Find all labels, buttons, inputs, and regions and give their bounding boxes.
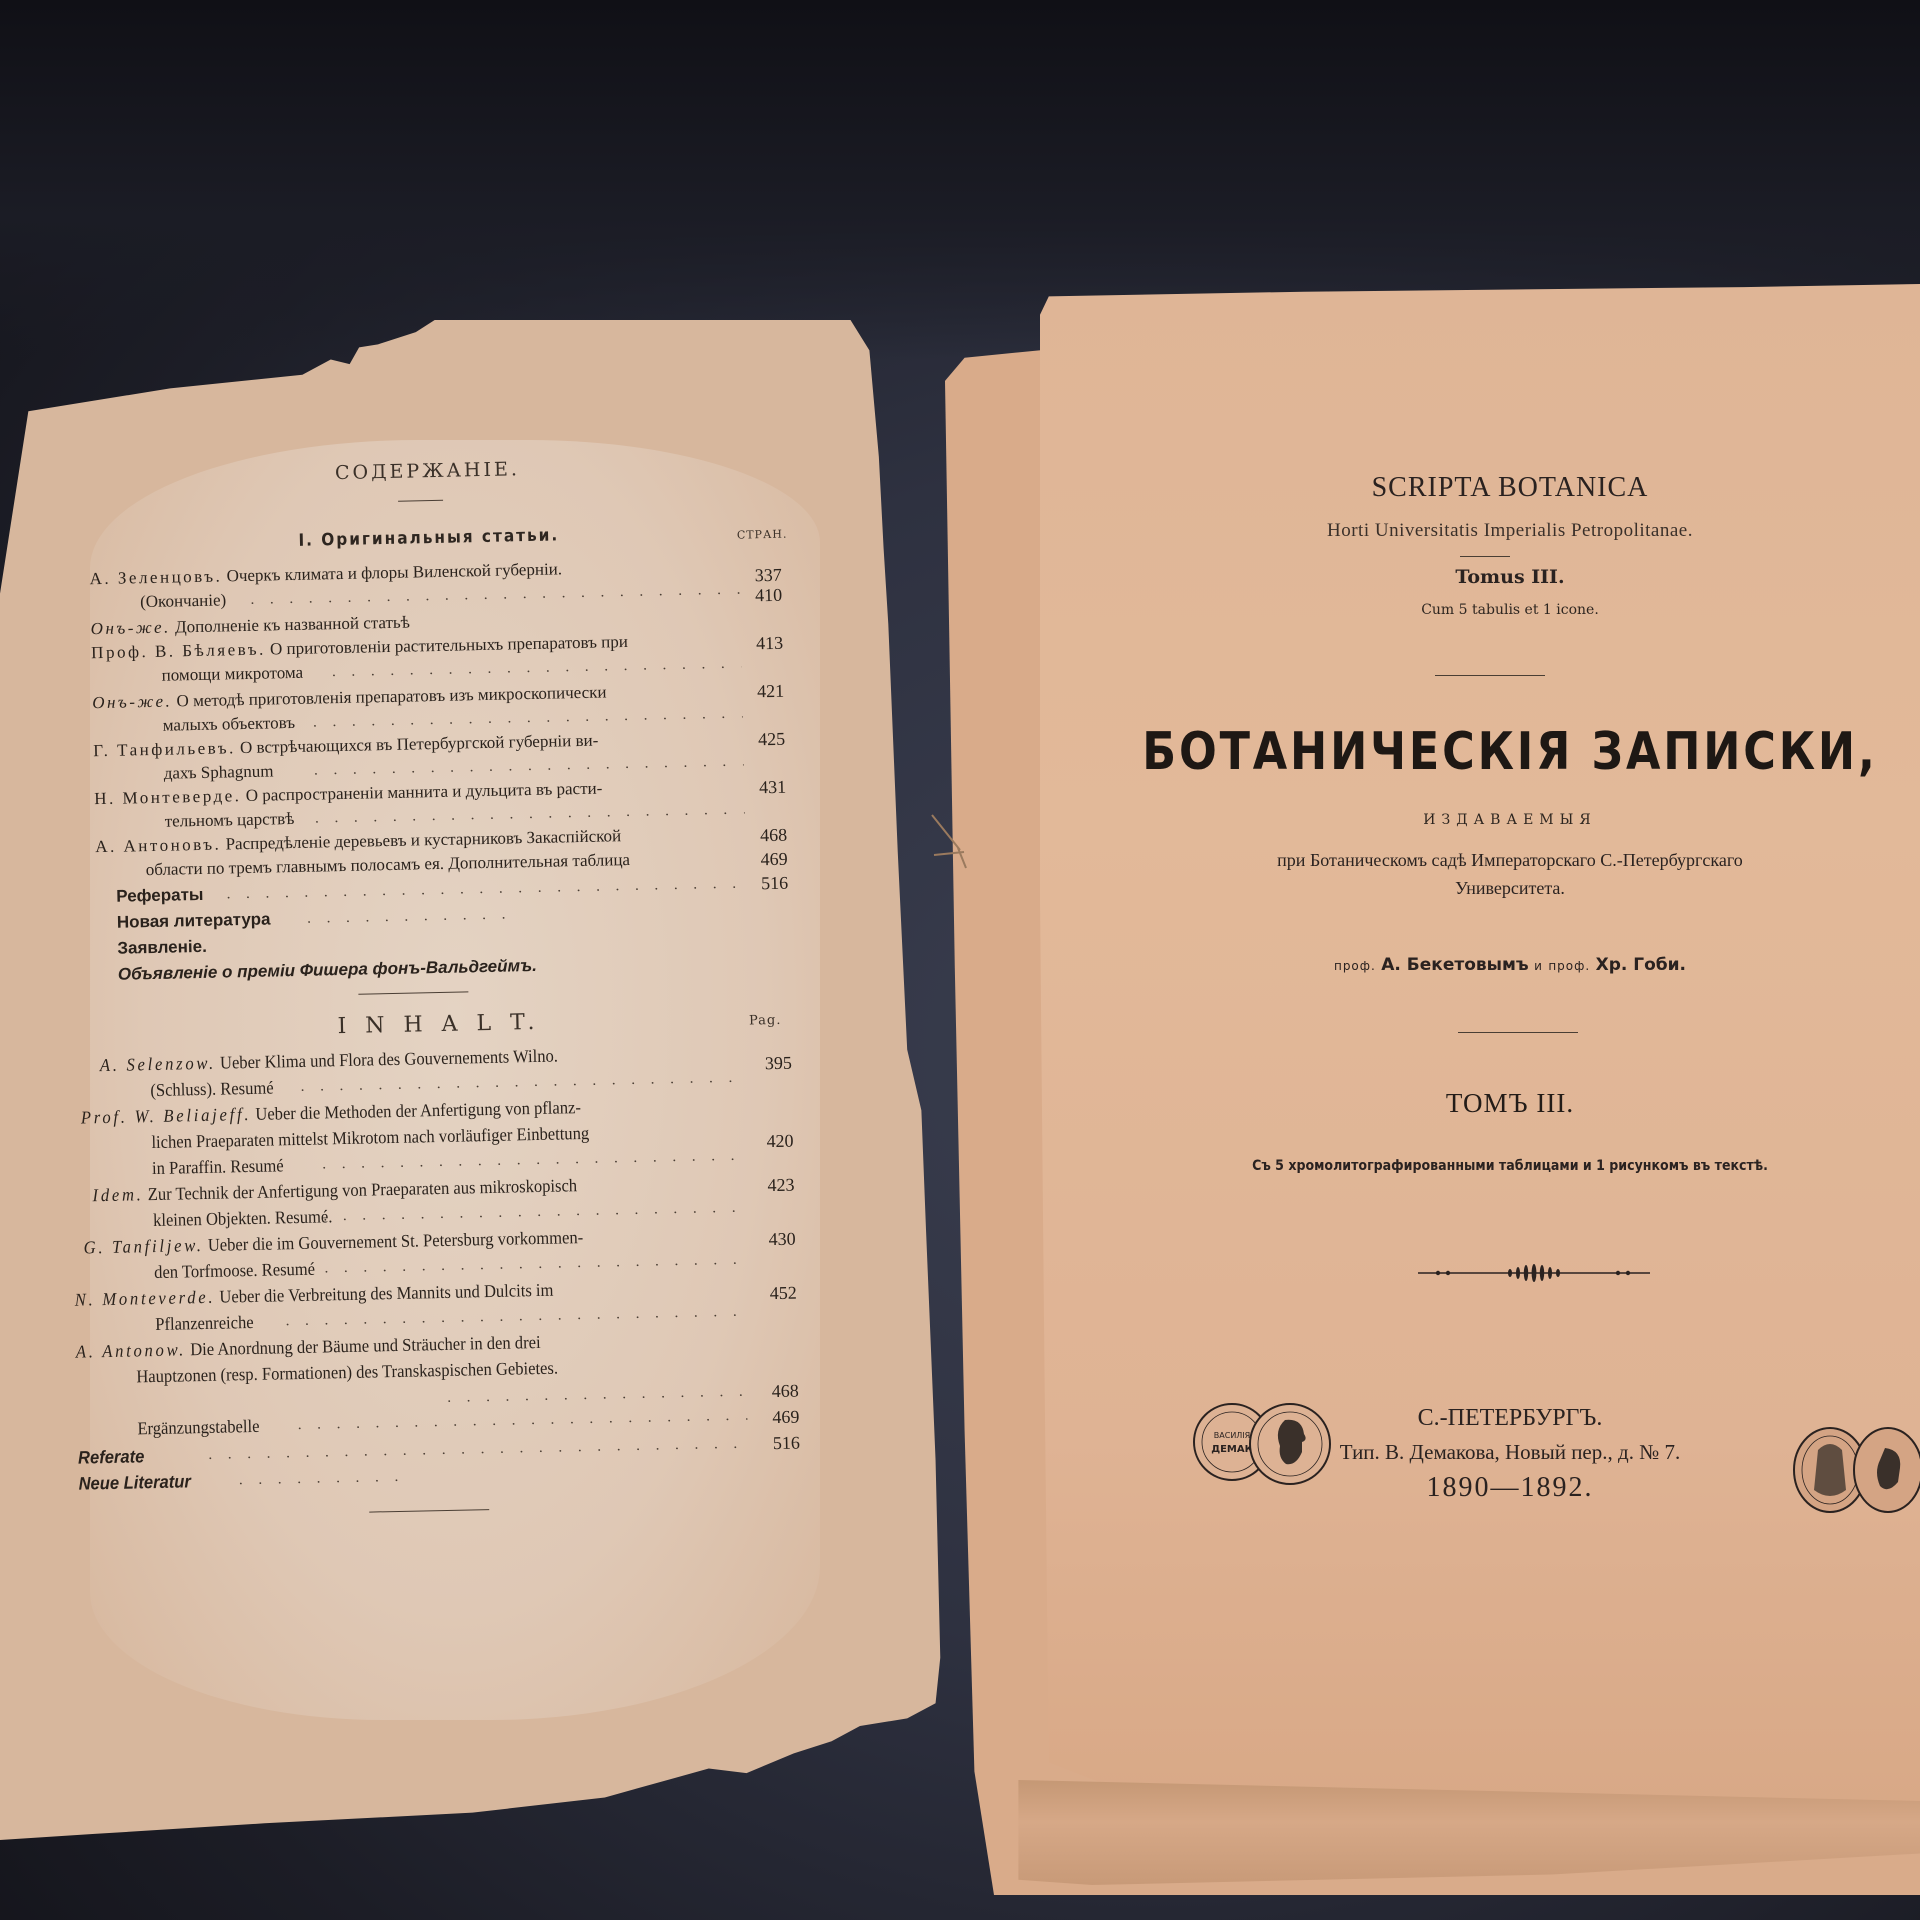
page-number: 431 (759, 777, 786, 799)
toc-entry-ru-cont: дахъ Sphagnum (164, 761, 274, 783)
page-number: 469 (772, 1407, 799, 1429)
leader-dots: ................................ (226, 876, 746, 903)
published-label: ИЗДАВАЕМЫЯ (1100, 812, 1920, 828)
plates-note-ru: Съ 5 хромолитографированными таблицами и… (1100, 1158, 1920, 1174)
russian-title: БОТАНИЧЕСКІЯ ЗАПИСКИ, (1121, 722, 1900, 782)
page-number: 516 (761, 873, 788, 895)
toc-title-de: I N H A L T. (59, 1004, 819, 1045)
toc-entry-de-cont: in Paraffin. Resumé (152, 1155, 284, 1179)
page-number: 410 (755, 585, 782, 607)
page-column-label-ru: СТРАН. (737, 528, 788, 542)
latin-title: SCRIPTA BOTANICA (1100, 472, 1920, 504)
page-number: 413 (756, 633, 783, 655)
toc-entry-de: G. Tanfiljew. Ueber die im Gouvernement … (83, 1227, 583, 1258)
leader-dots: .......................... (322, 1148, 742, 1173)
leader-dots: .............................. (250, 582, 740, 608)
binding-twine (930, 810, 970, 870)
toc-entry-de-cont: lichen Praeparaten mittelst Mikrotom nac… (151, 1123, 589, 1153)
leader-dots: ......... (238, 1469, 398, 1488)
institution-line-2: Университета. (1100, 878, 1920, 899)
toc-extra-ru: Объявленіе о преміи Фишера фонъ-Вальдгей… (118, 956, 537, 985)
toc-extra-ru: Заявленіе. (117, 937, 207, 959)
medal-stamp-right-icon (1780, 1420, 1920, 1520)
leader-dots: .......................... (323, 1200, 743, 1225)
toc-section-heading-ru: I. Оригинальныя статьи. (49, 520, 809, 556)
toc-entry-de-cont: kleinen Objekten. Resumé. (153, 1206, 333, 1231)
page-number: 469 (760, 849, 787, 871)
title-page-sheet (1040, 284, 1920, 1824)
institution-line: при Ботаническомъ садѣ Императорскаго С.… (1100, 850, 1920, 871)
toc-extra-ru: Рефераты (116, 885, 204, 907)
toc-entry-de: Idem. Zur Technik der Anfertigung von Pr… (92, 1175, 577, 1206)
page-number: 337 (754, 565, 781, 587)
latin-plates-note: Cum 5 tabulis et 1 icone. (1100, 602, 1920, 618)
toc-entry-ru-cont: помощи микротома (161, 663, 303, 686)
toc-entry-de-cont: (Schluss). Resumé (150, 1077, 274, 1101)
page-number: 425 (758, 729, 785, 751)
editors-line: проф. А. Бекетовымъ и проф. Хр. Гоби. (1100, 955, 1920, 975)
left-page-contents-sheet: СОДЕРЖАНІЕ. I. Оригинальныя статьи. СТРА… (0, 320, 945, 1840)
leader-dots: ................................ (208, 1436, 748, 1463)
latin-subtitle: Horti Universitatis Imperialis Petropoli… (1100, 520, 1920, 542)
page-number: 420 (766, 1131, 793, 1153)
page-number: 452 (770, 1283, 797, 1305)
toc-extra-ru: Новая литература (117, 910, 271, 933)
page-number: 468 (772, 1381, 799, 1403)
toc-entry-ru-cont: тельномъ царствѣ (165, 809, 295, 832)
leader-dots: ............................ (285, 1304, 745, 1330)
toc-entry-de: A. Antonow. Die Anordnung der Bäume und … (76, 1332, 541, 1363)
divider (369, 1509, 489, 1513)
leader-dots: .......................... (313, 706, 743, 731)
page-number: 395 (765, 1053, 792, 1075)
toc-entry-ru: А. Зеленцовъ. Очеркъ климата и флоры Вил… (89, 559, 562, 589)
leader-dots: .................. (447, 1384, 747, 1406)
toc-entry-ru: Онъ-же. Дополненіе къ названной статьѣ (90, 613, 410, 640)
divider (1460, 556, 1510, 557)
table-of-contents: СОДЕРЖАНІЕ. I. Оригинальныя статьи. СТРА… (44, 312, 835, 1828)
leader-dots: ........................... (300, 1070, 740, 1095)
toc-entry-de-cont: Hauptzonen (resp. Formationen) des Trans… (136, 1358, 558, 1388)
page-number: 468 (760, 825, 787, 847)
toc-title-ru: СОДЕРЖАНІЕ. (47, 452, 807, 490)
latin-volume: Tomus III. (1100, 566, 1920, 588)
toc-entry-de: N. Monteverde. Ueber die Verbreitung des… (75, 1280, 554, 1311)
page-number: 430 (768, 1229, 795, 1251)
toc-extra-de: Neue Literatur (78, 1471, 191, 1494)
russian-volume: ТОМЪ III. (1100, 1088, 1920, 1119)
leader-dots: .......................... (315, 802, 745, 827)
ornament-rule-icon (1418, 1262, 1650, 1284)
leader-dots: ........... (307, 907, 507, 927)
leader-dots: ........................... (297, 1408, 747, 1433)
page-number: 516 (773, 1433, 800, 1455)
toc-entry-de-cont: Pflanzenreiche (155, 1312, 254, 1335)
toc-entry-ru: Онъ-же. О методѣ приготовленія препарато… (92, 682, 607, 713)
page-column-label-de: Pag. (749, 1013, 782, 1029)
toc-entry-de: A. Selenzow. Ueber Klima und Flora des G… (100, 1046, 559, 1077)
page-number: 423 (767, 1175, 794, 1197)
divider (1458, 1032, 1578, 1033)
page-number: 421 (757, 681, 784, 703)
divider (358, 991, 468, 994)
leader-dots: .......................... (314, 754, 744, 779)
svg-text:ВАСИЛІЯ: ВАСИЛІЯ (1214, 1431, 1250, 1440)
toc-entry-ru-cont: (Окончаніе) (140, 590, 226, 612)
toc-entry-de-cont: den Torfmoose. Resumé (154, 1259, 315, 1283)
divider (1435, 675, 1545, 676)
leader-dots: .......................... (331, 656, 741, 681)
toc-entry-ru-cont: малыхъ объектовъ (163, 713, 296, 736)
toc-extra-de: Referate (78, 1446, 145, 1468)
leader-dots: .......................... (324, 1252, 744, 1277)
toc-entry-de-cont: Ergänzungstabelle (137, 1416, 259, 1440)
divider (398, 500, 443, 502)
